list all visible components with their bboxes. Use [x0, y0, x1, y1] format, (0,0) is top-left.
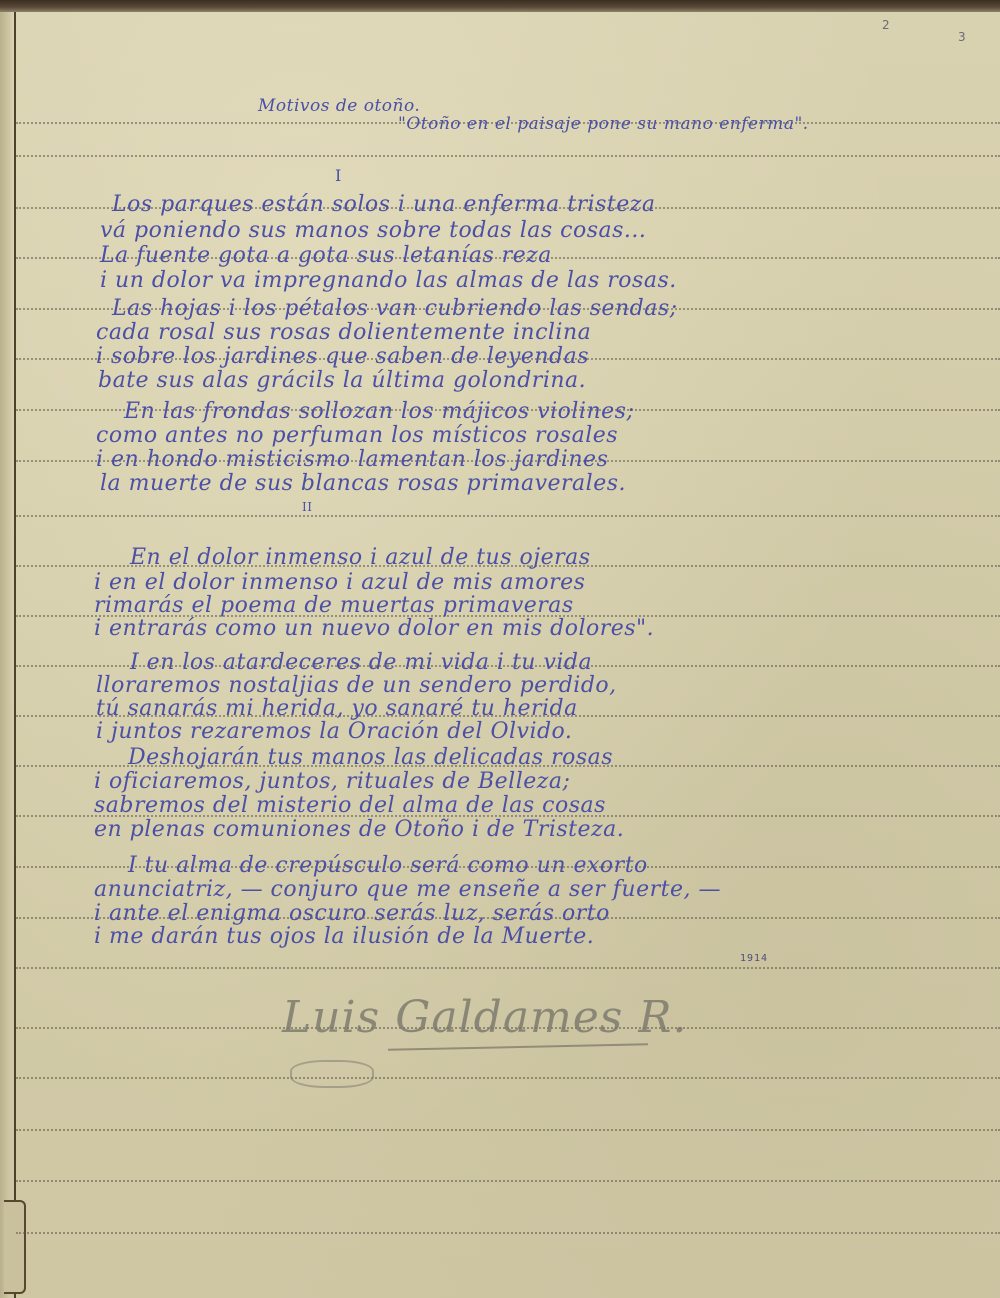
verse-line: I en los atardeceres de mi vida i tu vid… — [130, 650, 592, 675]
verse-line: como antes no perfuman los místicos rosa… — [96, 423, 618, 448]
signature-underline — [388, 1043, 648, 1050]
page-number: 3 — [958, 30, 966, 44]
verse-line: Los parques están solos i una enferma tr… — [112, 192, 656, 217]
verse-line: i en el dolor inmenso i azul de mis amor… — [94, 570, 585, 595]
verse-line: cada rosal sus rosas dolientemente incli… — [96, 320, 591, 345]
section-numeral: II — [302, 500, 312, 514]
verse-line: i en hondo misticismo lamentan los jardi… — [96, 447, 608, 472]
ruled-line — [16, 155, 1000, 157]
author-signature: Luis Galdames R. — [282, 992, 688, 1043]
verse-line: Las hojas i los pétalos van cubriendo la… — [112, 296, 678, 321]
ruled-line — [16, 1180, 1000, 1182]
verse-line: lloraremos nostaljias de un sendero perd… — [96, 673, 617, 698]
verse-line: la muerte de sus blancas rosas primavera… — [100, 471, 626, 496]
verse-line: bate sus alas grácils la última golondri… — [98, 368, 586, 393]
verse-line: en plenas comuniones de Otoño i de Trist… — [94, 817, 624, 842]
notebook-binding — [0, 12, 16, 1298]
verse-line: i ante el enigma oscuro serás luz, serás… — [94, 901, 610, 926]
verse-line: En las frondas sollozan los májicos viol… — [124, 399, 634, 424]
verse-line: rimarás el poema de muertas primaveras — [94, 593, 574, 618]
verse-line: I tu alma de crepúsculo será como un exo… — [128, 853, 648, 878]
verse-line: anunciatriz, — conjuro que me enseñe a s… — [94, 877, 721, 902]
verse-line: vá poniendo sus manos sobre todas las co… — [100, 218, 646, 243]
ruled-line — [16, 1129, 1000, 1131]
verse-line: i oficiaremos, juntos, rituales de Belle… — [94, 769, 570, 794]
signature-flourish — [290, 1060, 374, 1088]
verse-line: Deshojarán tus manos las delicadas rosas — [128, 745, 613, 770]
verse-line: i juntos rezaremos la Oración del Olvido… — [96, 719, 572, 744]
verse-line: i entrarás como un nuevo dolor en mis do… — [94, 616, 654, 641]
verse-line: i sobre los jardines que saben de leyend… — [96, 344, 589, 369]
manuscript-page: 2 3 Motivos de otoño. "Otoño en el paisa… — [0, 0, 1000, 1298]
ruled-line — [16, 515, 1000, 517]
page-top-edge — [0, 0, 1000, 12]
binding-tab — [4, 1200, 26, 1294]
ruled-line — [16, 967, 1000, 969]
ruled-line — [16, 1232, 1000, 1234]
poem-epigraph: "Otoño en el paisaje pone su mano enferm… — [398, 114, 809, 134]
verse-line: La fuente gota a gota sus letanías reza — [100, 243, 552, 268]
date-year: 1914 — [740, 953, 768, 964]
section-numeral: I — [335, 166, 342, 185]
ruled-line — [16, 1077, 1000, 1079]
page-number: 2 — [882, 18, 890, 32]
verse-line: En el dolor inmenso i azul de tus ojeras — [130, 545, 591, 570]
verse-line: tú sanarás mi herida, yo sanaré tu herid… — [96, 696, 578, 721]
poem-title: Motivos de otoño. — [258, 96, 420, 116]
verse-line: i un dolor va impregnando las almas de l… — [100, 268, 677, 293]
verse-line: sabremos del misterio del alma de las co… — [94, 793, 606, 818]
verse-line: i me darán tus ojos la ilusión de la Mue… — [94, 924, 594, 949]
